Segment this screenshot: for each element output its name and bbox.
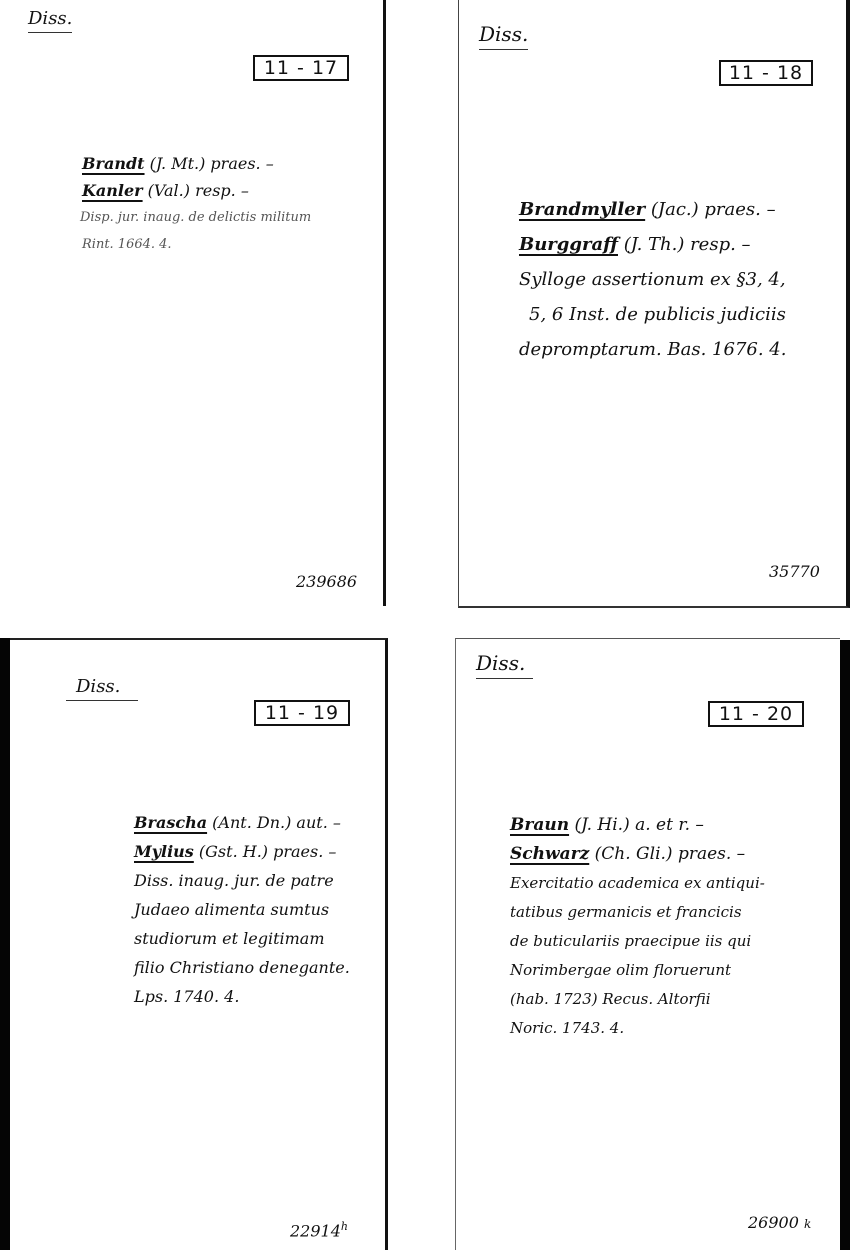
category-label: Diss. xyxy=(66,676,138,701)
respondent-name: Burggraff xyxy=(519,234,618,255)
author-role: (J. Hi.) a. et r. – xyxy=(569,815,704,835)
accession-value: 35770 xyxy=(769,562,820,581)
president-name: Brandmyller xyxy=(519,199,645,220)
title-line: Sylloge assertionum ex §3, 4, xyxy=(519,262,786,297)
catalog-card-11-18: Diss. 11 - 18 Brandmyller (Jac.) praes. … xyxy=(458,0,850,608)
category-label: Diss. xyxy=(476,651,533,679)
president-name: Schwarz xyxy=(510,844,589,864)
accession-value: 26900 xyxy=(748,1213,799,1232)
bibliographic-entry: Brandmyller (Jac.) praes. – Burggraff (J… xyxy=(519,192,786,367)
author-role: (Ant. Dn.) aut. – xyxy=(207,813,341,832)
author-name: Brandt xyxy=(82,154,145,173)
imprint-line: Rint. 1664. 4. xyxy=(82,231,311,258)
bibliographic-entry: Brascha (Ant. Dn.) aut. – Mylius (Gst. H… xyxy=(134,808,350,1011)
accession-number: 239686 xyxy=(296,572,357,591)
president-role: (Jac.) praes. – xyxy=(645,199,775,220)
catalog-card-11-19: Diss. 11 - 19 Brascha (Ant. Dn.) aut. – … xyxy=(10,638,388,1250)
title-line: 5, 6 Inst. de publicis judiciis xyxy=(519,297,786,332)
call-number: 11 - 17 xyxy=(253,55,349,81)
respondent-name: Kanler xyxy=(82,181,143,200)
title-line: Norimbergae olim floruerunt xyxy=(510,956,765,985)
president-role: (Gst. H.) praes. – xyxy=(194,842,337,861)
imprint-line: (hab. 1723) Recus. Altorfii xyxy=(510,985,765,1014)
catalog-card-11-20: Diss. 11 - 20 Braun (J. Hi.) a. et r. – … xyxy=(455,638,840,1250)
category-label: Diss. xyxy=(479,22,528,50)
title-line: Exercitatio academica ex antiqui- xyxy=(510,869,765,898)
bibliographic-entry: Braun (J. Hi.) a. et r. – Schwarz (Ch. G… xyxy=(510,811,765,1043)
catalog-card-11-17: Diss. 11 - 17 Brandt (J. Mt.) praes. – K… xyxy=(0,0,386,606)
title-line: studiorum et legitimam xyxy=(134,924,350,953)
title-line: de buticulariis praecipue iis qui xyxy=(510,927,765,956)
scan-border-right xyxy=(840,640,850,1250)
category-label: Diss. xyxy=(28,8,72,33)
accession-suffix: k xyxy=(804,1217,811,1231)
title-line: Diss. inaug. jur. de patre xyxy=(134,866,350,895)
title-line: tatibus germanicis et francicis xyxy=(510,898,765,927)
author-name: Braun xyxy=(510,815,569,835)
imprint-line: depromptarum. Bas. 1676. 4. xyxy=(519,332,786,367)
imprint-line: Lps. 1740. 4. xyxy=(134,982,350,1011)
accession-number: 35770 xyxy=(769,562,820,581)
imprint-line: Noric. 1743. 4. xyxy=(510,1014,765,1043)
respondent-role: (Val.) resp. – xyxy=(143,181,249,200)
accession-suffix: h xyxy=(341,1220,348,1233)
author-name: Brascha xyxy=(134,813,207,832)
bibliographic-entry: Brandt (J. Mt.) praes. – Kanler (Val.) r… xyxy=(82,150,311,258)
title-line: Disp. jur. inaug. de delictis militum xyxy=(80,204,311,231)
call-number: 11 - 20 xyxy=(708,701,804,727)
president-role: (Ch. Gli.) praes. – xyxy=(589,844,745,864)
author-role: (J. Mt.) praes. – xyxy=(145,154,274,173)
accession-number: 26900 k xyxy=(748,1213,811,1232)
call-number: 11 - 18 xyxy=(719,60,813,86)
president-name: Mylius xyxy=(134,842,194,861)
call-number: 11 - 19 xyxy=(254,700,350,726)
accession-number: 22914h xyxy=(290,1220,348,1240)
respondent-role: (J. Th.) resp. – xyxy=(618,234,751,255)
scan-border-left xyxy=(0,638,10,1250)
accession-value: 239686 xyxy=(296,572,357,591)
title-line: filio Christiano denegante. xyxy=(134,953,350,982)
accession-value: 22914 xyxy=(290,1221,341,1240)
title-line: Judaeo alimenta sumtus xyxy=(134,895,350,924)
